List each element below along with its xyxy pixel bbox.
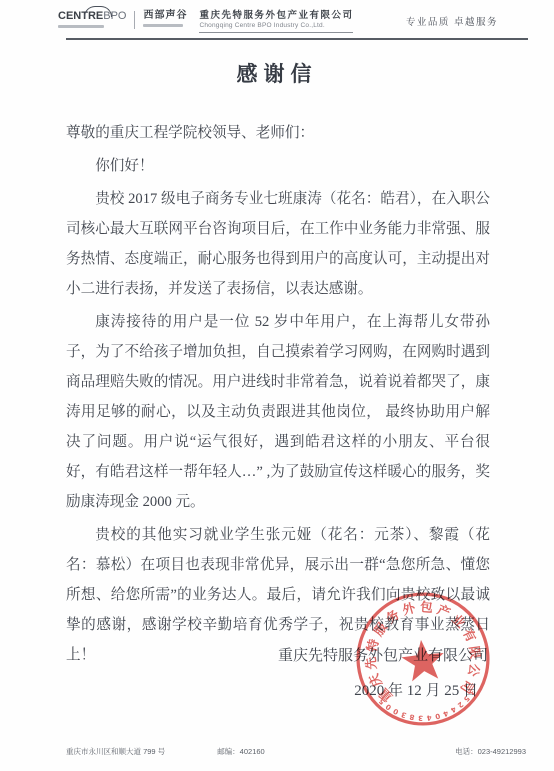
- footer-phone: 电话：023-49212993: [455, 746, 526, 757]
- paragraph-2: 康涛接待的用户是一位 52 岁中年用户，在上海帮儿女带孙子，为了不给孩子增加负担…: [66, 307, 490, 517]
- logo-cn-text: 西部声谷: [143, 10, 187, 21]
- signature-company: 重庆先特服务外包产业有限公司: [278, 639, 488, 674]
- svg-text:8: 8: [409, 712, 416, 722]
- company-name-cn: 重庆先特服务外包产业有限公司: [199, 10, 353, 21]
- signature-block: 重庆先特服务外包产业有限公司 2020 年 12 月 25 日: [278, 639, 488, 709]
- thank-you-letter-document: CENTREBPO 西部声谷 重庆先特服务外包产业有限公司 Chongqing …: [0, 0, 554, 771]
- svg-text:0: 0: [434, 711, 441, 721]
- svg-text:4: 4: [426, 713, 432, 722]
- logo-divider: [134, 11, 135, 29]
- signature-date: 2020 年 12 月 25 日: [354, 683, 478, 699]
- letter-title: 感谢信: [0, 58, 554, 88]
- opening-line: 你们好！: [66, 151, 490, 181]
- letter-body: 尊敬的重庆工程学院校领导、老师们： 你们好！ 贵校 2017 级电子商务专业七班…: [66, 118, 490, 670]
- svg-text:3: 3: [418, 714, 423, 723]
- footer: 重庆市永川区和顺大道 799 号 邮编：402160 电话：023-492129…: [66, 746, 526, 757]
- header-divider-line: [66, 38, 528, 40]
- company-logo: CENTREBPO: [58, 10, 126, 28]
- logo-cn-subtext-bar: [143, 24, 183, 27]
- footer-postal-code: 邮编：402160: [217, 746, 265, 757]
- logo-cn-block: 西部声谷: [143, 10, 187, 27]
- paragraph-1: 贵校 2017 级电子商务专业七班康涛（花名：皓君），在入职公司核心最大互联网平…: [66, 184, 490, 304]
- header-slogan: 专业品质 卓越服务: [406, 10, 498, 28]
- logo-subtext-bar: [58, 25, 104, 28]
- svg-text:3: 3: [400, 710, 408, 720]
- company-name-en: Chongqing Centre BPO Industry Co.,Ltd.: [199, 21, 353, 30]
- salutation: 尊敬的重庆工程学院校领导、老师们：: [66, 118, 490, 148]
- svg-text:4: 4: [442, 709, 450, 719]
- company-name-block: 重庆先特服务外包产业有限公司 Chongqing Centre BPO Indu…: [199, 10, 353, 33]
- letterhead: CENTREBPO 西部声谷 重庆先特服务外包产业有限公司 Chongqing …: [58, 10, 498, 33]
- logo-swoosh-icon: [84, 6, 112, 17]
- footer-address: 重庆市永川区和顺大道 799 号: [66, 746, 165, 757]
